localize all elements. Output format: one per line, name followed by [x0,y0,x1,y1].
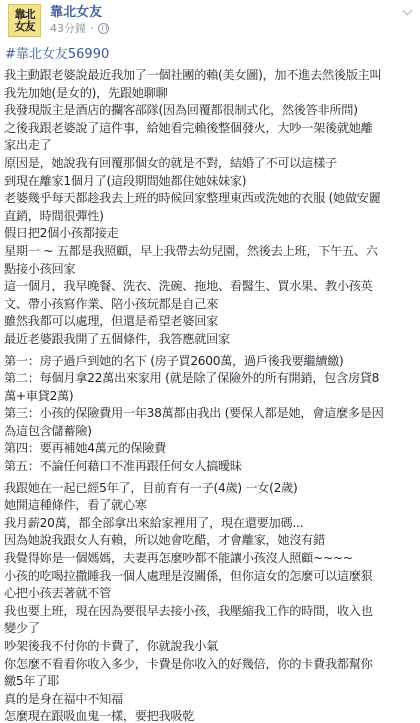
post-text-line: 小孩的吃喝拉撒睡我一個人處理是沒關係，但你這女的怎麼可以這麼狠 [4,568,418,586]
post-text-line: 雖然我都可以處理，但還是希望老婆回家 [4,313,418,331]
post-text-line: 萬+車貸2萬) [4,388,418,406]
globe-icon [98,23,109,34]
post-text-line: 到現在離家1個月了(這段期間她都住她妹妹家) [4,173,418,191]
post-text-line: 之後我跟老婆說了這件事，給她看完賴後整個發火，大吵一架後就她離 [4,120,418,138]
post-text-line: 繳5年了耶 [4,673,418,691]
post-text-line: 第五：不論任何藉口不准再跟任何女人搞曖昧 [4,458,418,476]
post-meta: 靠北女友 43分鐘 · [50,4,109,36]
post-text-line: 我月薪20萬，都全部拿出來給家裡用了，現在還要加碼... [4,515,418,533]
post-paragraph: 我跟她在一起已經5年了，目前育有一子(4歲) 一女(2歲)她開這種條件，看了就心… [4,480,418,723]
separator: · [90,21,94,36]
post-text-line: 我發現版主是酒店的攔客部隊(因為回覆都很制式化，然後答非所問) [4,102,418,120]
post-text-line: 直銷，時間很彈性) [4,208,418,226]
post-text-line: 第二：每個月拿22萬出來家用 (就是除了保險外的所有開銷，包含房貸8 [4,370,418,388]
post-text-line: 家出走了 [4,137,418,155]
post-text-line: 我先加她(是女的)，先跟她聊聊 [4,85,418,103]
facebook-post: 靠北 女友 靠北女友 43分鐘 · #靠北女友56990 我主動跟老婆說最近我加… [0,0,420,723]
post-paragraph: 第一：房子過戶到她的名下 (房子買2600萬，過戶後我要繼續繳)第二：每個月拿2… [4,353,418,476]
timestamp-row: 43分鐘 · [50,21,109,36]
post-text-line: 最近老婆跟我開了五個條件，我答應就回家 [4,331,418,349]
post-text-line: 我覺得妳是一個媽媽，夫妻再怎麼吵都不能讓小孩沒人照顧~~~~ [4,550,418,568]
post-text-line: 星期一 ~ 五都是我照顧，早上我帶去幼兒園，然後去上班，下午五、六 [4,243,418,261]
post-text-line: 這一個月，我早晚餐、洗衣、洗碗、拖地、看醫生、買水果、教小孩英 [4,278,418,296]
post-text-line: 假日把2個小孩都接走 [4,225,418,243]
post-text-line: 為這包含儲蓄險) [4,423,418,441]
post-text-line: 你怎麼不看看你收入多少，卡費是你收入的好幾倍，你的卡費我都幫你 [4,656,418,674]
post-text-line: 我主動跟老婆說最近我加了一個社團的賴(美女圖)，加不進去然後版主叫 [4,67,418,85]
post-paragraph: 我主動跟老婆說最近我加了一個社團的賴(美女圖)，加不進去然後版主叫我先加她(是女… [4,67,418,349]
post-text-line: 怎麼現在跟吸血鬼一樣，要把我吸乾 [4,708,418,723]
post-text-line: 她開這種條件，看了就心寒 [4,497,418,515]
page-name-link[interactable]: 靠北女友 [50,5,109,21]
post-text-line: 原因是，她說我有回覆那個女的就是不對，結婚了不可以這樣子 [4,155,418,173]
page-avatar[interactable]: 靠北 女友 [8,4,41,37]
post-header: 靠北 女友 靠北女友 43分鐘 · [8,4,109,40]
post-text-line: 我跟她在一起已經5年了，目前育有一子(4歲) 一女(2歲) [4,480,418,498]
chevron-down-icon[interactable] [403,6,413,16]
post-text-line: 第一：房子過戶到她的名下 (房子買2600萬，過戶後我要繼續繳) [4,353,418,371]
post-text-line: 第三：小孩的保險費用一年38萬都由我出 (要保人都是她，會這麼多是因 [4,405,418,423]
post-text-line: 文、帶小孩寫作業、陪小孩玩都是自己來 [4,296,418,314]
post-text-line: 真的是身在福中不知福 [4,691,418,709]
post-text-line: 我也要上班，現在因為要很早去接小孩，我壓縮我工作的時間，收入也 [4,603,418,621]
post-text-line: 變少了 [4,620,418,638]
avatar-text-line-1: 靠北 [15,9,35,21]
post-text-line: 第四：要再補她4萬元的保險費 [4,440,418,458]
timestamp-link[interactable]: 43分鐘 [50,21,86,36]
post-text-line: 因為她說我跟女人有賴，所以她會吃醋，才會離家，她沒有錯 [4,532,418,550]
post-text-line: 老婆幾乎每天都趁我去上班的時候回家整理東西或洗她的衣服 (她做安麗 [4,190,418,208]
post-text-line: 點接小孩回家 [4,261,418,279]
post-body: 我主動跟老婆說最近我加了一個社團的賴(美女圖)，加不進去然後版主叫我先加她(是女… [4,67,418,723]
post-text-line: 吵架後我不付你的卡費了，你就說我小氣 [4,638,418,656]
avatar-text-line-2: 女友 [15,21,35,33]
hashtag-link[interactable]: #靠北女友56990 [5,46,109,64]
post-text-line: 心把小孩丟著就不管 [4,585,418,603]
